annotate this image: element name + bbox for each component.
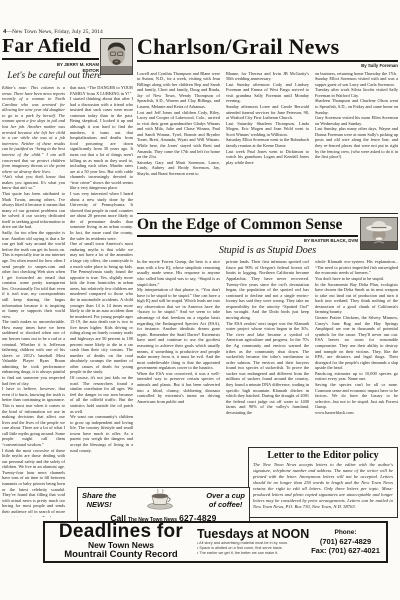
common-sense-head: On the Edge of Common Sense BY BAXTER BL… [137, 217, 398, 243]
deadlines-left: Deadlines for New Town News Mountrail Co… [45, 523, 197, 561]
common-sense-column-2: private lands. Their first infamous spot… [226, 259, 309, 431]
deadlines-fax: Fax: (701) 627-4021 [309, 546, 382, 555]
common-sense-headline: On the Edge of Common Sense [137, 217, 398, 233]
article-common-sense: On the Edge of Common Sense BY BAXTER BL… [137, 213, 398, 431]
letter-policy-text: The New Town News accepts letters to the… [253, 462, 393, 511]
far-afield-column-2: that start, “The DANGER to YOUR FAMILY f… [70, 85, 133, 483]
cowboy-portrait [361, 218, 397, 249]
share-news-row: Share the NEWS! Over a cup of coffee! [82, 490, 245, 512]
deadlines-title: Deadlines for [45, 523, 197, 541]
far-afield-body: Editor's note: This column is a rerun. T… [2, 85, 133, 517]
section-divider [137, 213, 398, 214]
column-1-text: “Ain't what you don't know that makes yo… [2, 174, 65, 517]
share-news-right: Over a cup of coffee! [206, 492, 245, 509]
common-sense-body: In the movie Forrest Gump, the hero is a… [137, 259, 398, 431]
page-header: 4—New Town News, Friday, July 25, 2014 [3, 28, 103, 35]
phone-label: Phone: [309, 529, 382, 537]
charlson-column-1: Lowell and Cynthia Thompson and Blane we… [137, 71, 220, 207]
common-sense-byline: BY BAXTER BLACK, DVM [137, 238, 358, 244]
editors-note: Editor's note: This column is a rerun. T… [2, 85, 65, 174]
common-sense-column-3: whole Klamath eco-system. His explanatio… [315, 259, 398, 431]
letter-policy-title: Letter to the Editor policy [253, 450, 393, 461]
columnist-portrait [101, 39, 132, 74]
far-afield-byline: BY JERRY M. KRAM EDITOR [2, 62, 99, 73]
headline-rule [137, 60, 398, 62]
jerry-kram-photo [100, 38, 133, 75]
article-far-afield: Far Afield BY JERRY M. KRAM EDITOR [2, 36, 133, 517]
of-coffee: of coffee! [206, 501, 245, 510]
headline-rule [137, 235, 358, 237]
far-afield-column-1: Editor's note: This column is a rerun. T… [2, 85, 65, 517]
deadline-bullet-3: • The earlier we get it, the better we c… [197, 551, 309, 556]
charlson-column-3: on business, returning home Thursday the… [315, 71, 398, 207]
far-afield-head: Far Afield BY JERRY M. KRAM EDITOR [2, 36, 133, 70]
newspaper-page: 4—New Town News, Friday, July 25, 2014 F… [0, 0, 400, 600]
share-news-left: Share the NEWS! [82, 492, 116, 509]
headline-rule [2, 58, 99, 60]
letter-policy-box: Letter to the Editor policy The New Town… [248, 447, 398, 518]
baxter-black-photo [360, 217, 398, 250]
coffee-cup-icon [144, 488, 178, 515]
charlson-headline: Charlson/Grail News [137, 36, 398, 58]
byline-title: EDITOR [2, 68, 99, 74]
charlson-column-2: Rhame, for Theresa and Irvin JB McGarity… [226, 71, 309, 207]
article-charlson-grail: Charlson/Grail News By Sally Foreman Low… [137, 36, 398, 207]
deadlines-ad: Deadlines for New Town News Mountrail Co… [43, 521, 388, 563]
common-sense-subhead: Stupid is as Stupid Does [137, 245, 398, 256]
charlson-body: Lowell and Cynthia Thompson and Blane we… [137, 71, 398, 207]
deadlines-paper-2: Mountrail County Record [45, 550, 197, 560]
news-exclaim: NEWS! [82, 501, 116, 510]
deadlines-contact: Phone: (701) 627-4829 Fax: (701) 627-402… [309, 529, 382, 555]
deadline-time: Tuesdays at NOON [197, 528, 309, 541]
share-news-ad: Share the NEWS! Over a cup of coffee! Ca… [77, 487, 250, 525]
deadlines-middle: Tuesdays at NOON • All story and adverti… [197, 528, 309, 556]
deadlines-phone: (701) 627-4829 [309, 537, 382, 546]
charlson-byline: By Sally Foreman [137, 63, 398, 69]
common-sense-column-1: In the movie Forrest Gump, the hero is a… [137, 259, 220, 431]
